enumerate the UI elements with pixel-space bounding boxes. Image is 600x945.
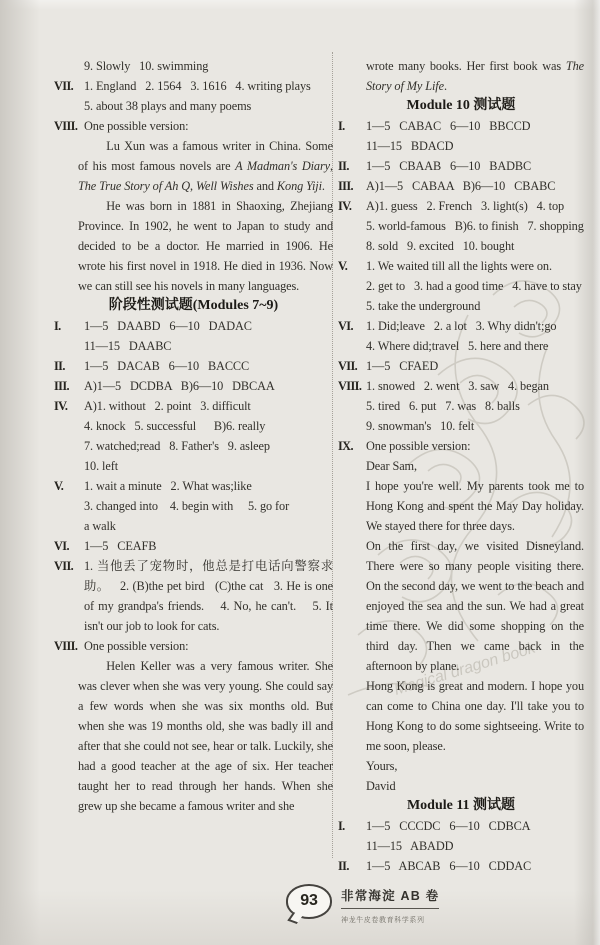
italic-text: Well Wishes [196,179,254,193]
item-numeral: VII. [54,76,73,96]
item-numeral: VI. [54,536,69,556]
section-heading: 阶段性测试题(Modules 7~9) [54,296,333,316]
answer-item: VII.1. England 2. 1564 3. 1616 4. writin… [54,76,333,116]
item-numeral: II. [338,856,349,876]
answer-item: VIII.One possible version: [54,636,333,656]
item-body: 1. wait a minute 2. What was;like 3. cha… [84,476,333,536]
italic-text: Kong Yiji [277,179,322,193]
item-body: 1—5 CFAED [366,356,584,376]
continuation-line: I hope you're well. My parents took me t… [366,476,584,536]
answer-item: V.1. wait a minute 2. What was;like 3. c… [54,476,333,536]
item-body: A)1—5 DCDBA B)6—10 DBCAA [84,376,333,396]
text-run: A)1. guess 2. French 3. light(s) 4. top … [366,199,584,253]
item-numeral: III. [54,376,69,396]
item-body: 1—5 ABCAB 6—10 CDDAC [366,856,584,876]
answer-item: II.1—5 CBAAB 6—10 BADBC [338,156,584,176]
item-numeral: I. [338,116,345,136]
page-footer: 93 非常海淀 AB 卷 神龙牛皮卷教育科学系列 [286,884,439,931]
item-numeral: VIII. [338,376,361,396]
text-run: One possible version: [366,439,470,453]
text-run: A)1—5 DCDBA B)6—10 DBCAA [84,379,275,393]
text-run: Module 10 测试题 [407,98,516,113]
text-run: A)1—5 CABAA B)6—10 CBABC [366,179,555,193]
item-body: One possible version: [84,116,333,136]
continuation-line: Dear Sam, [366,456,584,476]
scanned-answer-page: Magical dragon book 9. Slowly 10. swimmi… [0,0,600,945]
text-run: wrote many books. Her first book was [366,59,566,73]
answer-column-left: 9. Slowly 10. swimmingVII.1. England 2. … [54,56,333,816]
item-numeral: I. [338,816,345,836]
item-body: 1. snowed 2. went 3. saw 4. began 5. tir… [366,376,584,436]
item-numeral: VII. [338,356,357,376]
text-run: 1. wait a minute 2. What was;like 3. cha… [84,479,289,533]
item-numeral: V. [54,476,63,496]
brand-subtitle: 神龙牛皮卷教育科学系列 [341,911,439,931]
text-run: 1—5 CCCDC 6—10 CDBCA 11—15 ABADD [366,819,530,853]
brand-title: 非常海淀 AB 卷 [341,886,439,909]
answer-item: VI.1. Did;leave 2. a lot 3. Why didn't;g… [338,316,584,356]
answer-item: II.1—5 ABCAB 6—10 CDDAC [338,856,584,876]
item-body: 1—5 DACAB 6—10 BACCC [84,356,333,376]
text-run: 1. snowed 2. went 3. saw 4. began 5. tir… [366,379,549,433]
page-number-badge: 93 [286,884,332,919]
text-run: On the first day, we visited Disneyland.… [366,539,587,673]
item-numeral: IV. [54,396,67,416]
answer-item: II.1—5 DACAB 6—10 BACCC [54,356,333,376]
item-body: 1—5 CBAAB 6—10 BADBC [366,156,584,176]
text-run: Dear Sam, [366,459,417,473]
answer-item: V.1. We waited till all the lights were … [338,256,584,316]
answer-item: III.A)1—5 CABAA B)6—10 CBABC [338,176,584,196]
text-run: Module 11 测试题 [407,798,515,813]
text-run: Helen Keller was a very famous writer. S… [78,659,333,813]
text-run: He was born in 1881 in Shaoxing, Zhejian… [78,199,333,293]
text-run: 1—5 CABAC 6—10 BBCCD 11—15 BDACD [366,119,530,153]
item-body: 1—5 CABAC 6—10 BBCCD 11—15 BDACD [366,116,584,156]
continuation-line: wrote many books. Her first book was The… [366,56,584,96]
essay-paragraph: Lu Xun was a famous writer in China. Som… [78,136,333,196]
answer-item: I.1—5 DAABD 6—10 DADAC 11—15 DAABC [54,316,333,356]
answer-item: I.1—5 CABAC 6—10 BBCCD 11—15 BDACD [338,116,584,156]
text-run: 1. 当他丢了宠物时，他总是打电话向警察求助。 2. (B)the pet bi… [84,559,336,633]
answer-item: VIII.1. snowed 2. went 3. saw 4. began 5… [338,376,584,436]
item-body: A)1. guess 2. French 3. light(s) 4. top … [366,196,584,256]
item-numeral: VIII. [54,116,77,136]
continuation-line: On the first day, we visited Disneyland.… [366,536,584,676]
answer-item: VII.1. 当他丢了宠物时，他总是打电话向警察求助。 2. (B)the pe… [54,556,333,636]
text-run: One possible version: [84,639,188,653]
text-run: I hope you're well. My parents took me t… [366,479,587,533]
item-body: 1—5 CEAFB [84,536,333,556]
text-run: 1—5 DACAB 6—10 BACCC [84,359,249,373]
answer-item: III.A)1—5 DCDBA B)6—10 DBCAA [54,376,333,396]
item-body: 1. We waited till all the lights were on… [366,256,584,316]
text-run: David [366,779,396,793]
item-numeral: I. [54,316,61,336]
text-run: 1—5 DAABD 6—10 DADAC 11—15 DAABC [84,319,252,353]
item-body: 1. Did;leave 2. a lot 3. Why didn't;go 4… [366,316,584,356]
item-numeral: VI. [338,316,353,336]
section-heading: Module 11 测试题 [338,796,584,816]
essay-paragraph: Helen Keller was a very famous writer. S… [78,656,333,816]
answer-item: I.1—5 CCCDC 6—10 CDBCA 11—15 ABADD [338,816,584,856]
continuation-line: 9. Slowly 10. swimming [84,56,333,76]
item-body: A)1. without 2. point 3. difficult 4. kn… [84,396,333,476]
essay-paragraph: He was born in 1881 in Shaoxing, Zhejian… [78,196,333,296]
item-numeral: II. [54,356,65,376]
italic-text: A Madman's Diary [235,159,330,173]
item-body: One possible version: [84,636,333,656]
item-body: 1—5 DAABD 6—10 DADAC 11—15 DAABC [84,316,333,356]
continuation-line: Hong Kong is great and modern. I hope yo… [366,676,584,756]
text-run: 1. We waited till all the lights were on… [366,259,582,313]
text-run: , [330,159,333,173]
answer-item: IX.One possible version: [338,436,584,456]
text-run: A)1. without 2. point 3. difficult 4. kn… [84,399,270,473]
item-numeral: VII. [54,556,73,576]
text-run: . [322,179,325,193]
text-run: 1—5 CEAFB [84,539,156,553]
text-run: . [444,79,447,93]
page-number: 93 [300,892,318,909]
text-run: 1. Did;leave 2. a lot 3. Why didn't;go 4… [366,319,556,353]
text-run: 1. England 2. 1564 3. 1616 4. writing pl… [84,79,311,113]
answer-item: VII.1—5 CFAED [338,356,584,376]
italic-text: The True Story of Ah Q [78,179,190,193]
section-heading: Module 10 测试题 [338,96,584,116]
item-numeral: IX. [338,436,353,456]
answer-column-right: wrote many books. Her first book was The… [338,56,584,876]
continuation-line: Yours, [366,756,584,776]
item-numeral: IV. [338,196,351,216]
brand-block: 非常海淀 AB 卷 神龙牛皮卷教育科学系列 [341,884,439,931]
answer-item: VI.1—5 CEAFB [54,536,333,556]
answer-item: IV.A)1. without 2. point 3. difficult 4.… [54,396,333,476]
text-run: and [254,179,277,193]
item-numeral: V. [338,256,347,276]
text-run: 1—5 CBAAB 6—10 BADBC [366,159,531,173]
text-run: 9. Slowly 10. swimming [84,59,208,73]
text-run: Yours, [366,759,397,773]
text-run: One possible version: [84,119,188,133]
item-body: 1. England 2. 1564 3. 1616 4. writing pl… [84,76,333,116]
item-body: 1—5 CCCDC 6—10 CDBCA 11—15 ABADD [366,816,584,856]
item-body: 1. 当他丢了宠物时，他总是打电话向警察求助。 2. (B)the pet bi… [84,556,333,636]
text-run: 1—5 CFAED [366,359,438,373]
item-body: One possible version: [366,436,584,456]
item-numeral: VIII. [54,636,77,656]
answer-item: VIII.One possible version: [54,116,333,136]
item-body: A)1—5 CABAA B)6—10 CBABC [366,176,584,196]
continuation-line: David [366,776,584,796]
text-run: 1—5 ABCAB 6—10 CDDAC [366,859,531,873]
item-numeral: III. [338,176,353,196]
text-run: 阶段性测试题(Modules 7~9) [109,298,278,313]
text-run: Hong Kong is great and modern. I hope yo… [366,679,587,753]
answer-item: IV.A)1. guess 2. French 3. light(s) 4. t… [338,196,584,256]
item-numeral: II. [338,156,349,176]
